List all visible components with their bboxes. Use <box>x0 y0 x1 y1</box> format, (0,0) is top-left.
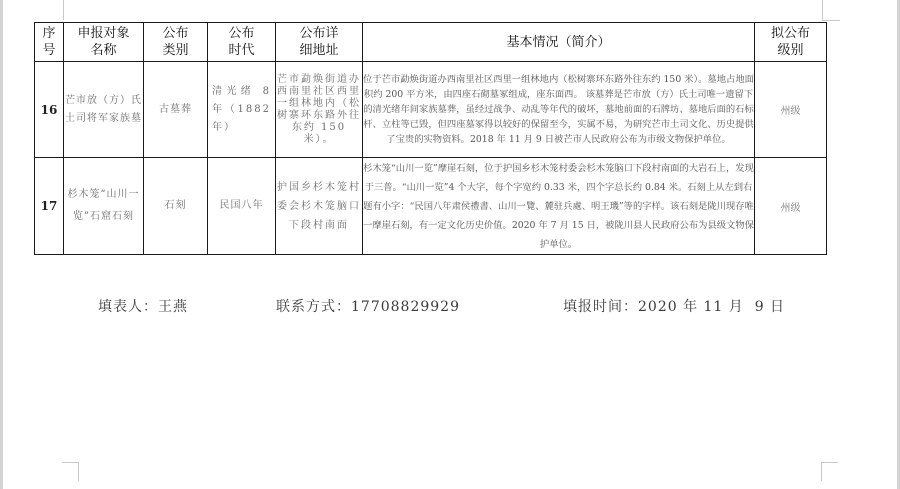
filler-label: 填表人： <box>98 299 158 315</box>
crop-mark-top-right-horizontal <box>822 20 840 21</box>
row-level: 州级 <box>755 62 827 158</box>
row-name: 芒市放（方）氏土司将军家族墓 <box>64 62 144 158</box>
row-era: 民国八年 <box>208 158 276 255</box>
row-description: 杉木笼“山川一览”摩崖石刻，位于护国乡杉木笼村委会杉木笼脑口下段村南面的大岩石上… <box>363 158 755 255</box>
header-seq: 序 号 <box>35 23 64 62</box>
heritage-table: 序 号 申报对象 名称 公布 类别 公布 时代 公布详 细地址 基本情况（简介）… <box>34 22 827 255</box>
report-date-info: 填报时间：2020 年 11 月 9 日 <box>563 296 785 316</box>
header-category: 公布 类别 <box>144 23 208 62</box>
row-description: 位于芒市勐焕街道办西南里社区西里一组林地内（松树寨环东路外往东约 150 米）。… <box>363 62 755 158</box>
contact-value: 17708829929 <box>351 299 460 315</box>
date-value: 2020 年 11 月 9 日 <box>638 299 785 315</box>
row-seq: 16 <box>35 62 64 158</box>
table-row: 17 杉木笼“山川一览”石窟石刻 石刻 民国八年 护国乡杉木笼村委会杉木笼脑口下… <box>35 158 827 255</box>
header-level: 拟公布 级别 <box>755 23 827 62</box>
date-label: 填报时间： <box>563 299 638 315</box>
row-address: 护国乡杉木笼村委会杉木笼脑口下段村南面 <box>276 158 363 255</box>
crop-mark-bottom-right <box>821 462 838 481</box>
header-address: 公布详 细地址 <box>276 23 363 62</box>
crop-mark-top-left <box>63 0 64 20</box>
page-edge-left <box>0 0 3 489</box>
row-era: 清光绪 8 年（1882 年） <box>208 62 276 158</box>
contact-info: 联系方式：17708829929 <box>276 296 460 316</box>
header-description: 基本情况（简介） <box>363 23 755 62</box>
crop-mark-top-right <box>822 0 823 20</box>
row-seq: 17 <box>35 158 64 255</box>
row-name: 杉木笼“山川一览”石窟石刻 <box>64 158 144 255</box>
row-category: 古墓葬 <box>144 62 208 158</box>
filler-name: 王燕 <box>158 299 188 315</box>
row-level: 州级 <box>755 158 827 255</box>
table-row: 16 芒市放（方）氏土司将军家族墓 古墓葬 清光绪 8 年（1882 年） 芒市… <box>35 62 827 158</box>
filler-info: 填表人：王燕 <box>98 296 188 316</box>
row-address: 芒市勐焕街道办西南里社区西里一组林地内（松树寨环东路外往东约 150 米）。 <box>276 62 363 158</box>
row-category: 石刻 <box>144 158 208 255</box>
contact-label: 联系方式： <box>276 299 351 315</box>
header-era: 公布 时代 <box>208 23 276 62</box>
table-header-row: 序 号 申报对象 名称 公布 类别 公布 时代 公布详 细地址 基本情况（简介）… <box>35 23 827 62</box>
header-name: 申报对象 名称 <box>64 23 144 62</box>
crop-mark-bottom-left <box>62 462 79 481</box>
